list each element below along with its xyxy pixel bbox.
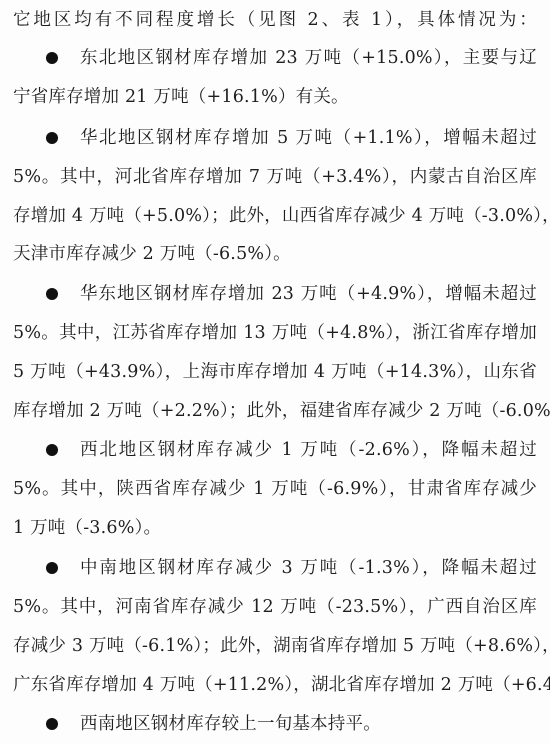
northeast-line-2: 宁省库存增加 21 万吨（+16.1%）有关。 xyxy=(13,82,537,112)
central-south-line-2: 5%。其中，河南省库存减少 12 万吨（-23.5%），广西自治区库 xyxy=(13,592,537,622)
central-south-line-4: 广东省库存增加 4 万吨（+11.2%），湖北省库存增加 2 万吨（+6.4%）… xyxy=(13,670,537,700)
bullet-icon xyxy=(46,52,58,64)
bullet-icon xyxy=(46,562,58,574)
north-line-2: 5%。其中，河北省库存增加 7 万吨（+3.4%），内蒙古自治区库 xyxy=(13,162,537,192)
east-line-4: 库存增加 2 万吨（+2.2%）；此外，福建省库存减少 2 万吨（-6.0%）。 xyxy=(13,396,537,426)
north-line-1: 华北地区钢材库存增加 5 万吨（+1.1%），增幅未超过 xyxy=(80,123,537,153)
central-south-line-1: 中南地区钢材库存减少 3 万吨（-1.3%），降幅未超过 xyxy=(80,553,537,583)
bullet-icon xyxy=(46,444,58,456)
bullet-icon xyxy=(46,288,58,300)
bullet-icon xyxy=(46,718,58,730)
northwest-line-2: 5%。其中，陕西省库存减少 1 万吨（-6.9%），甘肃省库存减少 xyxy=(13,474,537,504)
southwest-line-1: 西南地区钢材库存较上一旬基本持平。 xyxy=(80,709,537,739)
bullet-icon xyxy=(46,132,58,144)
northwest-line-1: 西北地区钢材库存减少 1 万吨（-2.6%），降幅未超过 xyxy=(80,435,537,465)
document-page: 它地区均有不同程度增长（见图 2、表 1），具体情况为： 东北地区钢材库存增加 … xyxy=(0,0,550,744)
north-line-4: 天津市库存减少 2 万吨（-6.5%）。 xyxy=(13,239,537,269)
northwest-line-3: 1 万吨（-3.6%）。 xyxy=(13,513,537,543)
east-line-2: 5%。其中，江苏省库存增加 13 万吨（+4.8%），浙江省库存增加 xyxy=(13,318,537,348)
east-line-1: 华东地区钢材库存增加 23 万吨（+4.9%），增幅未超过 xyxy=(80,279,537,309)
east-line-3: 5 万吨（+43.9%），上海市库存增加 4 万吨（+14.3%），山东省 xyxy=(13,357,537,387)
north-line-3: 存增加 4 万吨（+5.0%）；此外，山西省库存减少 4 万吨（-3.0%）， xyxy=(13,201,537,231)
northeast-line-1: 东北地区钢材库存增加 23 万吨（+15.0%），主要与辽 xyxy=(80,43,537,73)
central-south-line-3: 存减少 3 万吨（-6.1%）；此外，湖南省库存增加 5 万吨（+8.6%）， xyxy=(13,631,537,661)
intro-line: 它地区均有不同程度增长（见图 2、表 1），具体情况为： xyxy=(13,5,537,35)
